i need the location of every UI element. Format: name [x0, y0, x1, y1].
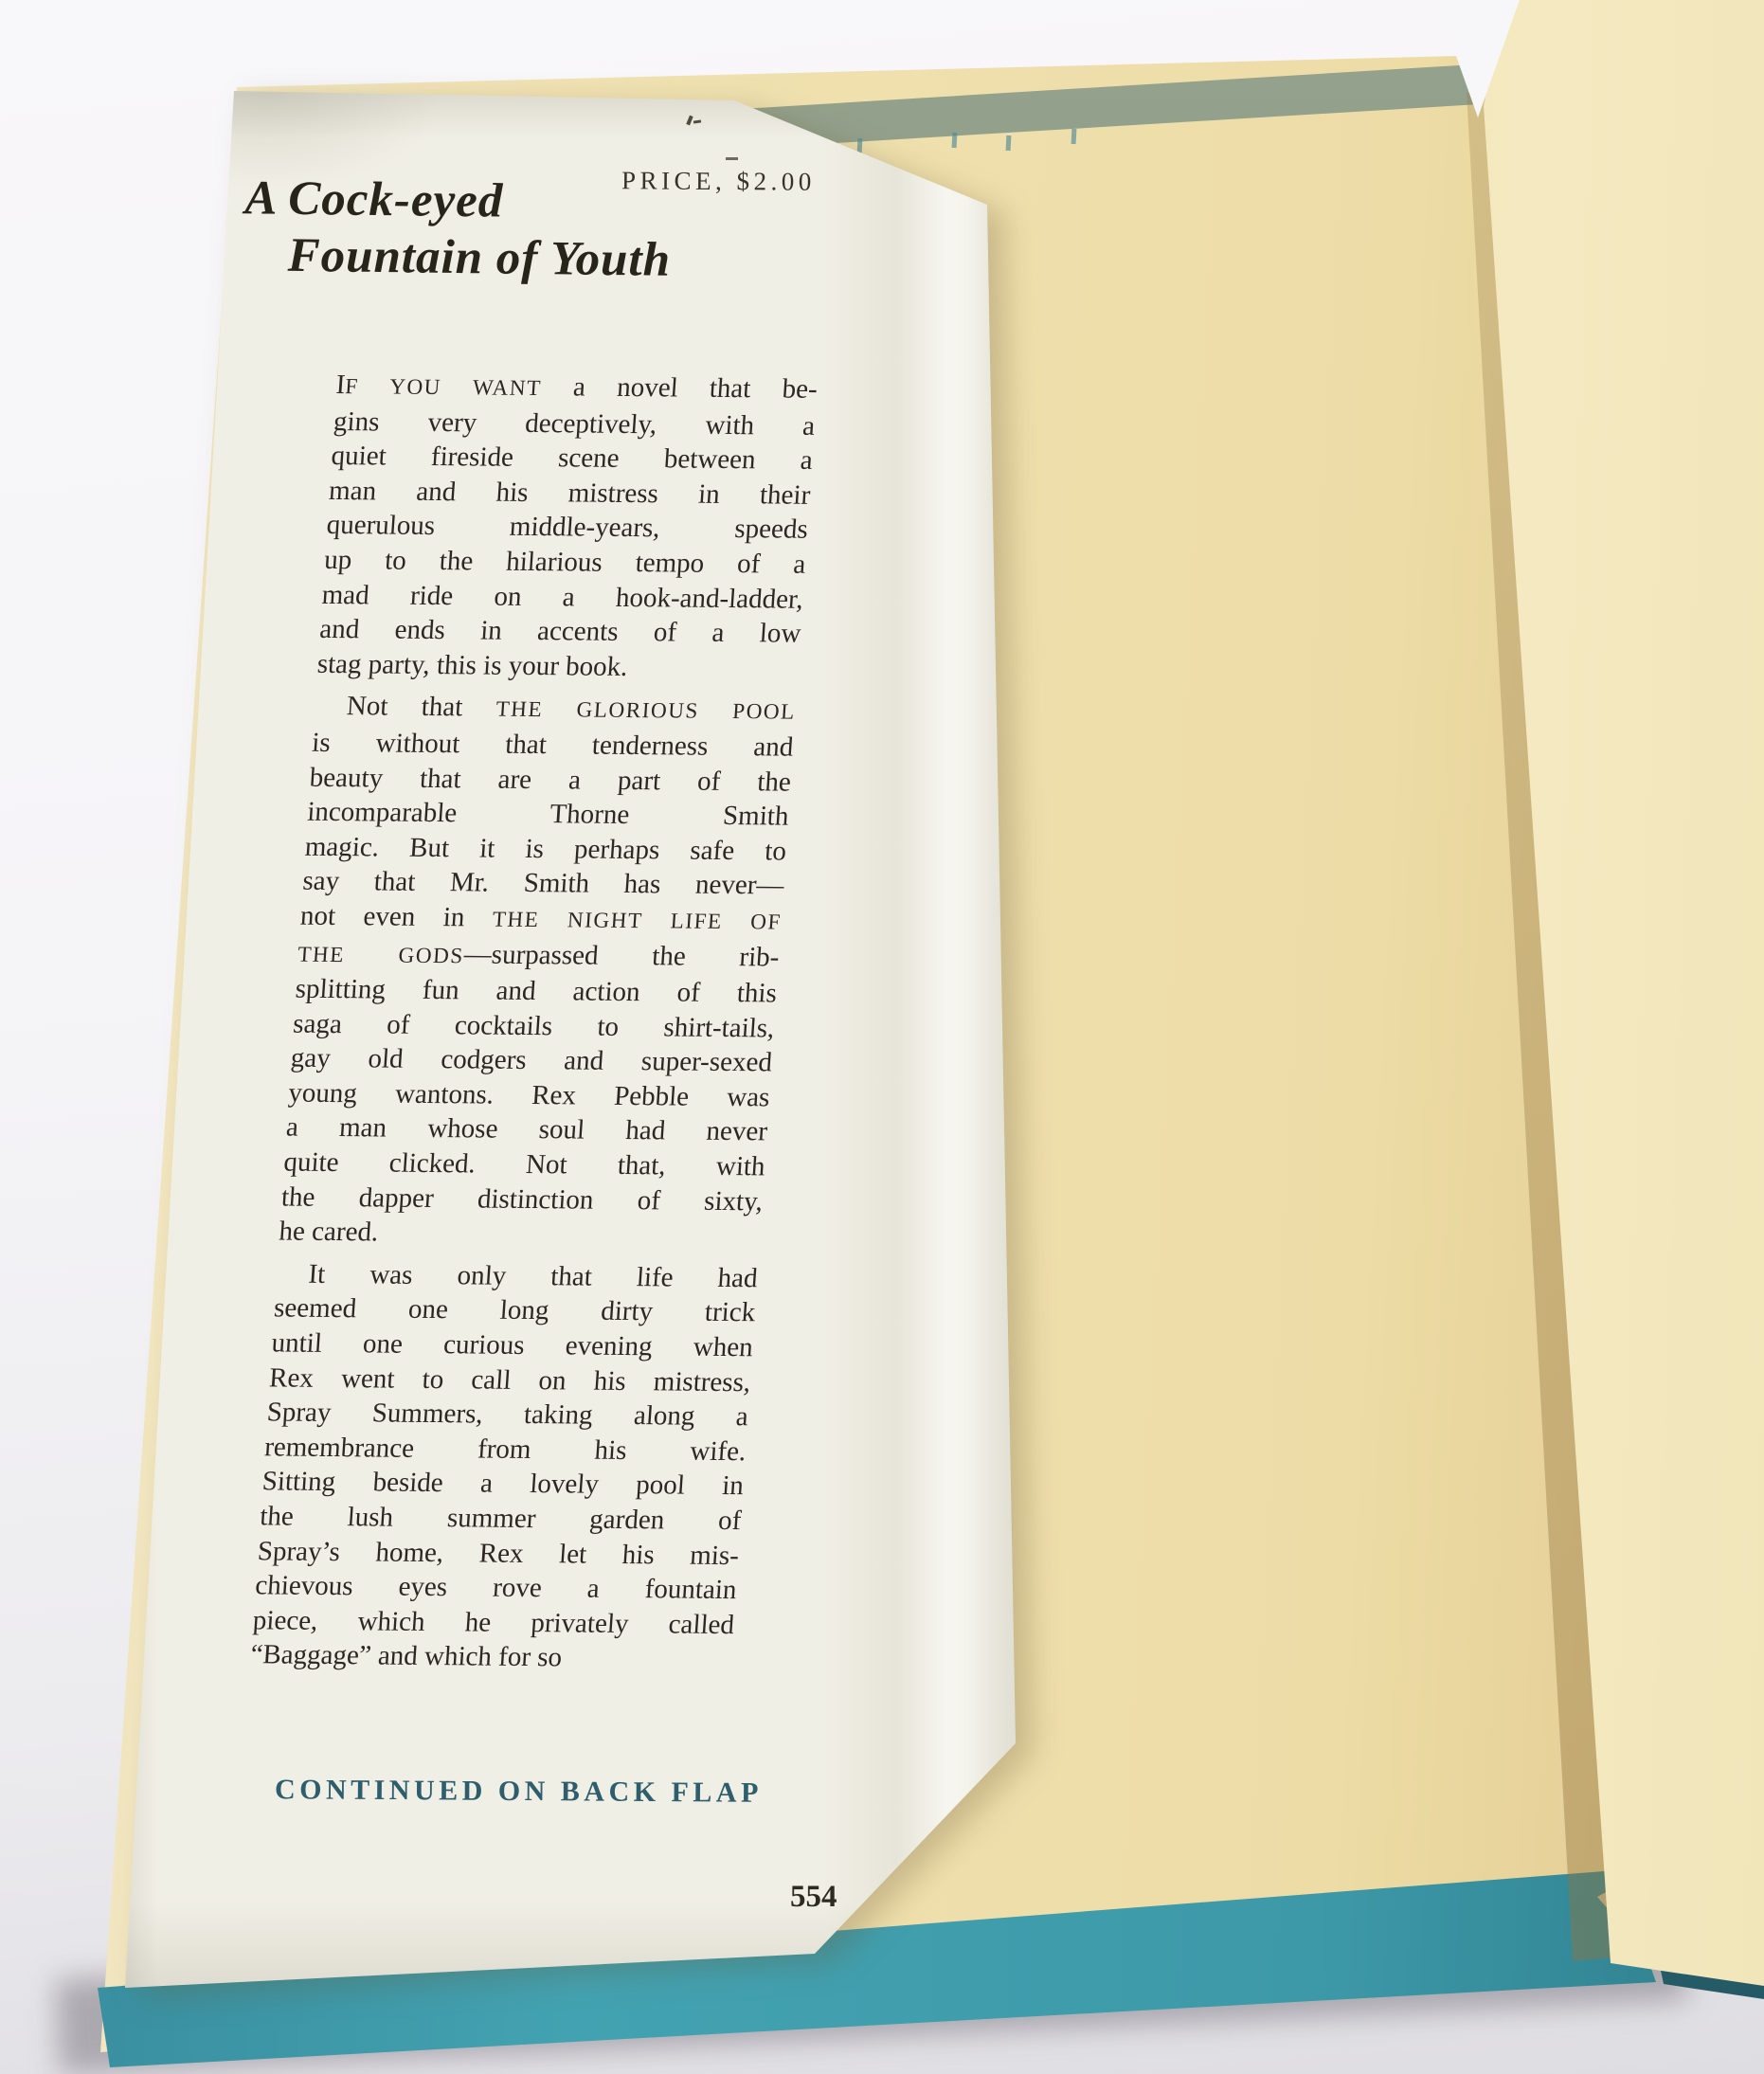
- paper-speck: [693, 119, 701, 123]
- body-line: querulous middle-years, speeds: [326, 508, 809, 547]
- flap-title-line2: Fountain of Youth: [243, 226, 671, 288]
- body-line: saga of cocktails to shirt-tails,: [292, 1006, 775, 1045]
- flap-paragraph: It was only that life hadseemed one long…: [249, 1256, 759, 1677]
- body-line: remembrance from his wife.: [263, 1430, 747, 1469]
- body-line: he cared.: [278, 1215, 761, 1253]
- paper-speck: [726, 157, 738, 160]
- body-line: beauty that are a part of the: [309, 760, 792, 799]
- body-line: and ends in accents of a low: [318, 612, 801, 651]
- body-line: Spray’s home, Rex let his mis-: [257, 1534, 740, 1573]
- body-line: not even in THE NIGHT LIFE OF: [299, 899, 783, 940]
- jacket-stock-number: 554: [790, 1880, 837, 1915]
- body-line: It was only that life had: [275, 1256, 758, 1295]
- paper-speck: [686, 116, 693, 126]
- continued-on-back-flap-label: CONTINUED ON BACK FLAP: [275, 1774, 763, 1810]
- body-line: quiet fireside scene between a: [330, 439, 813, 478]
- body-line: until one curious evening when: [270, 1326, 753, 1364]
- body-line: incomparable Thorne Smith: [306, 795, 789, 834]
- body-line: THE GODS—surpassed the rib-: [297, 935, 781, 976]
- body-line: chievous eyes rove a fountain: [254, 1568, 737, 1607]
- flap-title: A Cock-eyed Fountain of Youth: [243, 170, 672, 288]
- flap-body-text: IF YOU WANT a novel that be-gins very de…: [249, 368, 819, 1677]
- book-photo: PRICE, $2.00 A Cock-eyed Fountain of You…: [0, 0, 1764, 2074]
- body-line: Not that THE GLORIOUS POOL: [314, 689, 798, 730]
- body-line: piece, which he privately called: [252, 1603, 735, 1642]
- body-line: “Baggage” and which for so: [249, 1638, 732, 1677]
- body-line: splitting fun and action of this: [295, 972, 778, 1011]
- body-line: magic. But it is perhaps safe to: [304, 829, 787, 868]
- flap-paragraph: Not that THE GLORIOUS POOLis without tha…: [278, 689, 797, 1253]
- body-line: stag party, this is your book.: [316, 647, 800, 686]
- dust-jacket-front-flap: PRICE, $2.00 A Cock-eyed Fountain of You…: [121, 91, 1021, 1995]
- body-line: gay old codgers and super-sexed: [290, 1041, 773, 1080]
- body-line: seemed one long dirty trick: [273, 1291, 756, 1330]
- body-line: Rex went to call on his mistress,: [268, 1361, 751, 1399]
- flap-title-line1: A Cock-eyed: [244, 170, 672, 231]
- body-line: gins very deceptively, with a: [333, 405, 816, 443]
- body-line: the lush summer garden of: [259, 1499, 742, 1538]
- body-line: a man whose soul had never: [285, 1110, 768, 1149]
- flap-paper: PRICE, $2.00 A Cock-eyed Fountain of You…: [121, 91, 1021, 1995]
- body-line: is without that tenderness and: [311, 726, 794, 765]
- cloth-fray-streak: [1071, 129, 1077, 144]
- body-line: the dapper distinction of sixty,: [280, 1180, 764, 1218]
- body-line: up to the hilarious tempo of a: [323, 543, 806, 582]
- body-line: say that Mr. Smith has never—: [301, 864, 784, 903]
- body-line: mad ride on a hook-and-ladder,: [321, 577, 804, 616]
- body-line: man and his mistress in their: [328, 474, 811, 513]
- body-line: Spray Summers, taking along a: [266, 1396, 749, 1434]
- body-line: IF YOU WANT a novel that be-: [334, 368, 819, 408]
- body-line: quite clicked. Not that, with: [282, 1145, 765, 1184]
- body-line: Sitting beside a lovely pool in: [261, 1465, 745, 1504]
- body-line: young wantons. Rex Pebble was: [287, 1075, 770, 1114]
- flap-paragraph: IF YOU WANT a novel that be-gins very de…: [316, 368, 819, 686]
